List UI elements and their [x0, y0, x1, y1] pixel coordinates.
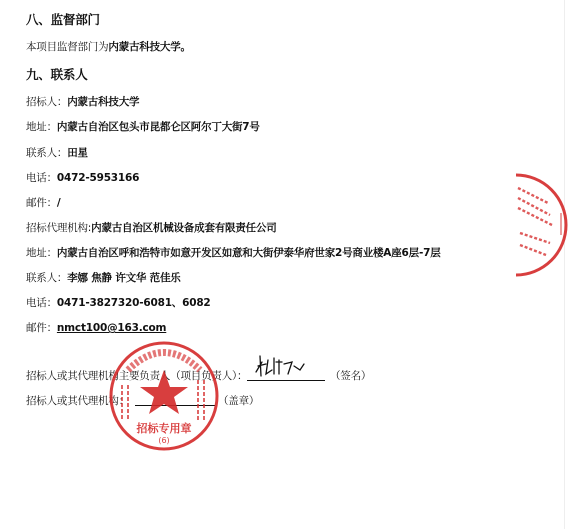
- label: 联系人：: [26, 272, 67, 284]
- value: 田星: [67, 147, 88, 159]
- label: 招标人：: [26, 96, 67, 108]
- label: 邮件：: [26, 322, 57, 334]
- value: 内蒙古自治区呼和浩特市如意开发区如意和大街伊泰华府世家2号商业楼A座6层-7层: [57, 247, 441, 259]
- value: 内蒙古自治区机械设备成套有限责任公司: [91, 222, 276, 234]
- agency-address: 地址：内蒙古自治区呼和浩特市如意开发区如意和大街伊泰华府世家2号商业楼A座6层-…: [26, 246, 441, 260]
- tenderer-email: 邮件：/: [26, 196, 61, 210]
- value: 0471-3827320-6081、6082: [57, 297, 211, 309]
- tenderer-name: 招标人：内蒙古科技大学: [26, 95, 139, 109]
- agency-phone: 电话：0471-3827320-6081、6082: [26, 296, 211, 310]
- tenderer-contact: 联系人：田星: [26, 146, 88, 160]
- tenderer-phone: 电话：0472-5953166: [26, 171, 139, 185]
- supervisor-name: 内蒙古科技大学。: [108, 41, 190, 53]
- email-link[interactable]: nmct100@163.com: [57, 322, 166, 334]
- value: /: [57, 197, 61, 209]
- value: 0472-5953166: [57, 172, 139, 184]
- official-seal-stamp: 招标专用章 (6): [108, 340, 220, 452]
- value: 内蒙古科技大学: [67, 96, 139, 108]
- tenderer-address: 地址：内蒙古自治区包头市昆都仑区阿尔丁大街7号: [26, 120, 260, 134]
- svg-text:(6): (6): [158, 436, 169, 445]
- seal-suffix: （盖章）: [218, 394, 259, 408]
- section8-heading: 八、监督部门: [26, 13, 100, 27]
- label: 招标代理机构:: [26, 222, 91, 234]
- section8-text-prefix: 本项目监督部门为: [26, 41, 108, 53]
- signature-suffix: （签名）: [330, 369, 371, 383]
- label: 电话：: [26, 172, 57, 184]
- label: 地址：: [26, 247, 57, 259]
- agency-email: 邮件：nmct100@163.com: [26, 321, 166, 335]
- star-icon: [140, 370, 188, 414]
- section9-heading: 九、联系人: [26, 68, 88, 82]
- value: 李娜 焦静 许文华 范佳乐: [67, 272, 180, 284]
- value: 内蒙古自治区包头市昆都仑区阿尔丁大街7号: [57, 121, 260, 133]
- label: 电话：: [26, 297, 57, 309]
- label: 联系人：: [26, 147, 67, 159]
- svg-text:招标专用章: 招标专用章: [136, 421, 192, 435]
- agency-contact: 联系人：李娜 焦静 许文华 范佳乐: [26, 271, 181, 285]
- signature-line: [247, 380, 325, 381]
- handwritten-signature: [252, 352, 312, 380]
- section8-text: 本项目监督部门为内蒙古科技大学。: [26, 40, 191, 54]
- partial-seal-stamp: [508, 173, 568, 278]
- label: 邮件：: [26, 197, 57, 209]
- label: 地址：: [26, 121, 57, 133]
- agency-name: 招标代理机构:内蒙古自治区机械设备成套有限责任公司: [26, 221, 277, 235]
